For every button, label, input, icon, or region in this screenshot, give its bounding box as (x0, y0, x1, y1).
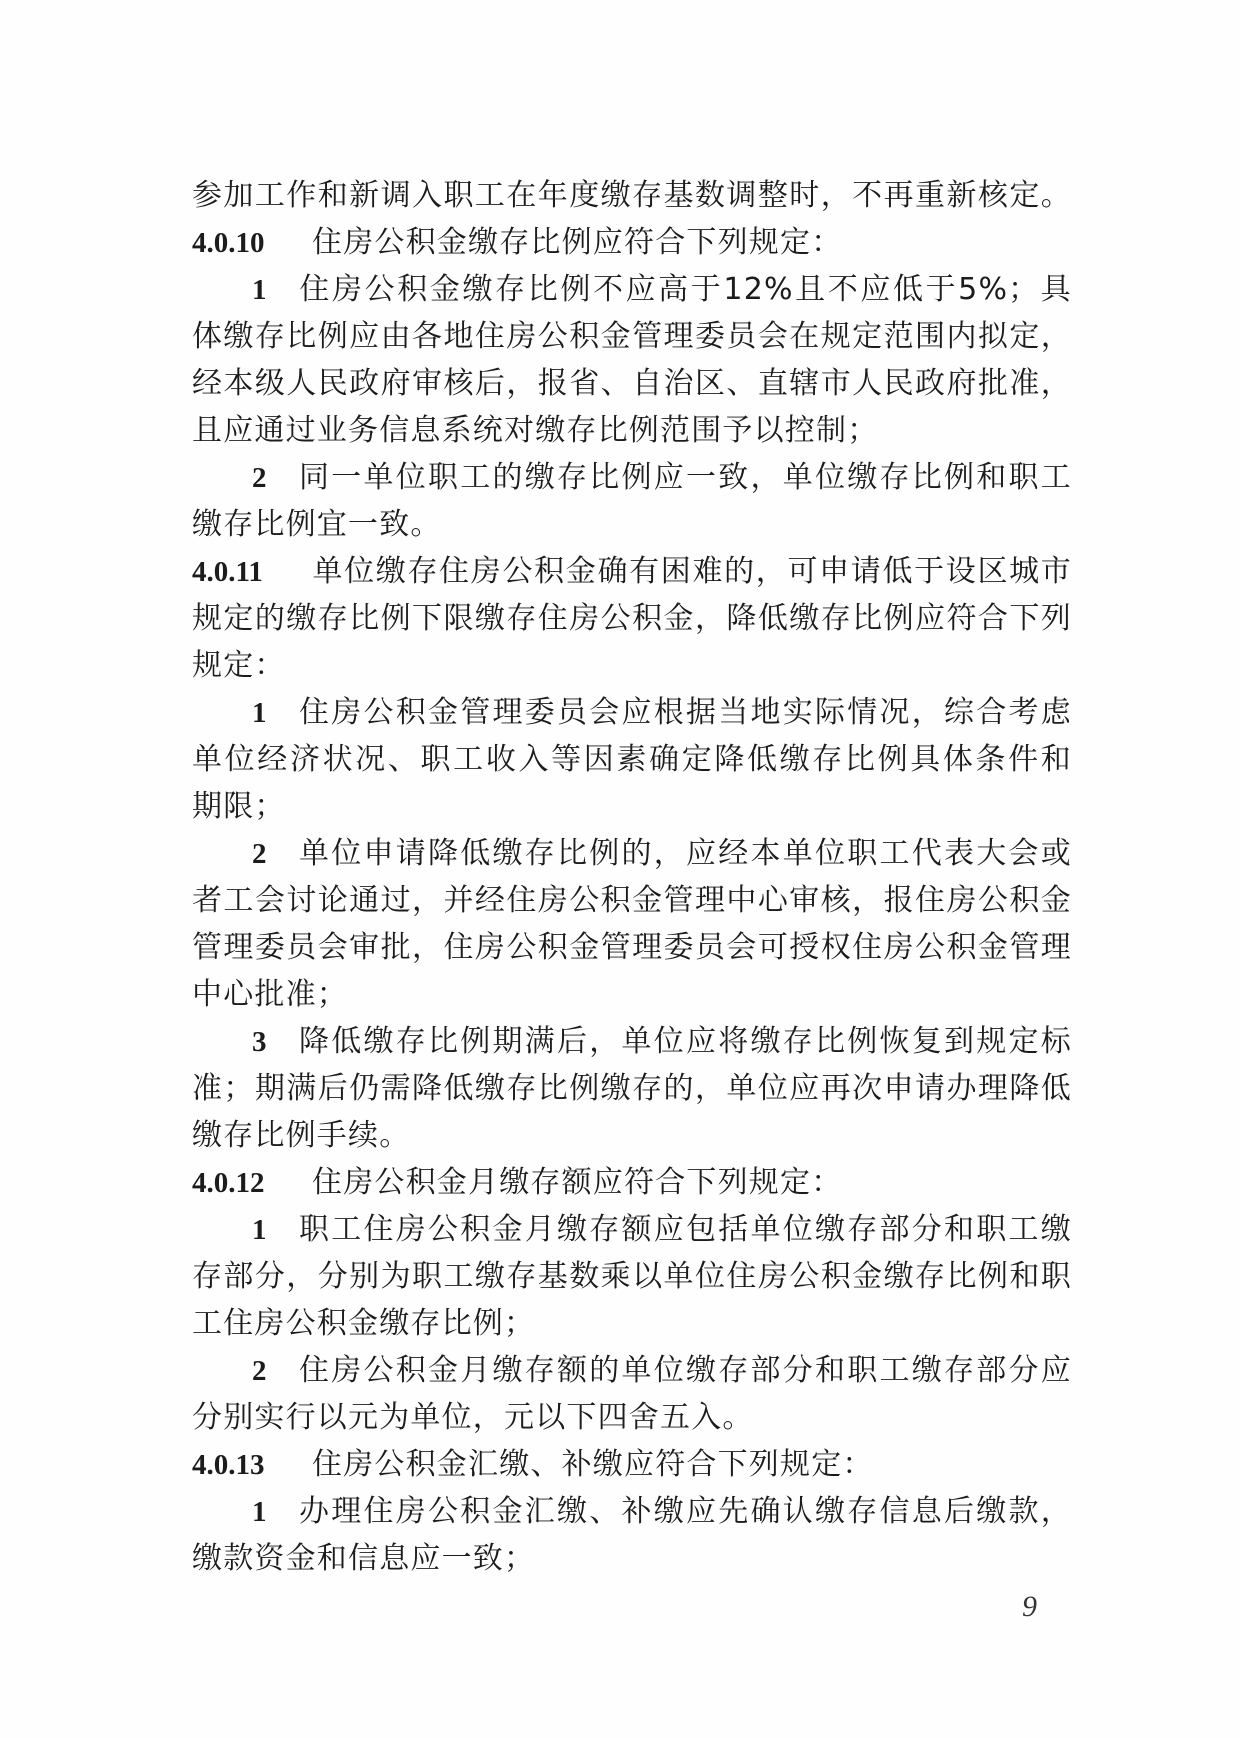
clause-text: 单位缴存住房公积金确有困难的，可申请低于设区城市 (312, 554, 1072, 589)
text-content: 管理委员会审批，住房公积金管理委员会可授权住房公积金管理 (192, 930, 1072, 965)
clause-number: 4.0.11 (192, 549, 312, 595)
text-content: 存部分，分别为职工缴存基数乘以单位住房公积金缴存比例和职 (192, 1259, 1072, 1294)
clause-text: 住房公积金缴存比例应符合下列规定： (312, 225, 842, 260)
text-content: 规定的缴存比例下限缴存住房公积金，降低缴存比例应符合下列 (192, 601, 1072, 636)
text-content: 缴存比例手续。 (192, 1118, 410, 1153)
body-text-line: 单位经济状况、职工收入等因素确定降低缴存比例具体条件和 (192, 737, 1072, 783)
body-text-line: 中心批准； (192, 972, 1072, 1018)
list-item: 1住房公积金管理委员会应根据当地实际情况，综合考虑 (252, 690, 1072, 736)
item-text: 降低缴存比例期满后，单位应将缴存比例恢复到规定标 (298, 1024, 1072, 1059)
list-item: 1职工住房公积金月缴存额应包括单位缴存部分和职工缴 (252, 1207, 1072, 1253)
body-text-line: 期限； (192, 784, 1072, 830)
item-text: 单位申请降低缴存比例的，应经本单位职工代表大会或 (298, 836, 1072, 871)
body-text-line: 参加工作和新调入职工在年度缴存基数调整时，不再重新核定。 (192, 173, 1072, 219)
body-text-line: 且应通过业务信息系统对缴存比例范围予以控制； (192, 408, 1072, 454)
body-text-line: 体缴存比例应由各地住房公积金管理委员会在规定范围内拟定， (192, 314, 1072, 360)
text-content: 准；期满后仍需降低缴存比例缴存的，单位应再次申请办理降低 (192, 1071, 1072, 1106)
clause-number: 4.0.13 (192, 1442, 312, 1488)
text-content: 参加工作和新调入职工在年度缴存基数调整时，不再重新核定。 (192, 178, 1072, 213)
list-item: 2住房公积金月缴存额的单位缴存部分和职工缴存部分应 (252, 1348, 1072, 1394)
text-content: 体缴存比例应由各地住房公积金管理委员会在规定范围内拟定， (192, 319, 1072, 354)
text-content: 期限； (192, 789, 286, 824)
clause-number: 4.0.10 (192, 220, 312, 266)
item-number: 2 (252, 1348, 298, 1394)
text-content: 者工会讨论通过，并经住房公积金管理中心审核，报住房公积金 (192, 883, 1072, 918)
list-item: 2同一单位职工的缴存比例应一致，单位缴存比例和职工 (252, 455, 1072, 501)
clause-heading: 4.0.13住房公积金汇缴、补缴应符合下列规定： (192, 1442, 1072, 1488)
item-number: 3 (252, 1019, 298, 1065)
document-page: 参加工作和新调入职工在年度缴存基数调整时，不再重新核定。 4.0.10住房公积金… (0, 0, 1240, 1738)
list-item: 3降低缴存比例期满后，单位应将缴存比例恢复到规定标 (252, 1019, 1072, 1065)
text-content: 缴存比例宜一致。 (192, 507, 442, 542)
text-content: 分别实行以元为单位，元以下四舍五入。 (192, 1400, 754, 1435)
text-content: 经本级人民政府审核后，报省、自治区、直辖市人民政府批准， (192, 366, 1072, 401)
clause-number: 4.0.12 (192, 1160, 312, 1206)
text-content: 缴款资金和信息应一致； (192, 1541, 535, 1576)
body-text-line: 缴存比例宜一致。 (192, 502, 1072, 548)
body-text-line: 管理委员会审批，住房公积金管理委员会可授权住房公积金管理 (192, 925, 1072, 971)
page-number: 9 (1022, 1590, 1037, 1624)
item-number: 2 (252, 455, 298, 501)
body-text-line: 规定： (192, 643, 1072, 689)
item-text: 住房公积金管理委员会应根据当地实际情况，综合考虑 (298, 695, 1072, 730)
item-text: 住房公积金月缴存额的单位缴存部分和职工缴存部分应 (298, 1353, 1072, 1388)
item-number: 1 (252, 1489, 298, 1535)
clause-heading: 4.0.10住房公积金缴存比例应符合下列规定： (192, 220, 1072, 266)
body-text-line: 缴存比例手续。 (192, 1113, 1072, 1159)
text-content: 单位经济状况、职工收入等因素确定降低缴存比例具体条件和 (192, 742, 1072, 777)
item-number: 1 (252, 1207, 298, 1253)
clause-text: 住房公积金汇缴、补缴应符合下列规定： (312, 1447, 874, 1482)
text-content: 工住房公积金缴存比例； (192, 1306, 535, 1341)
body-text-line: 工住房公积金缴存比例； (192, 1301, 1072, 1347)
clause-text: 住房公积金月缴存额应符合下列规定： (312, 1165, 842, 1200)
body-text-line: 规定的缴存比例下限缴存住房公积金，降低缴存比例应符合下列 (192, 596, 1072, 642)
text-content: 且应通过业务信息系统对缴存比例范围予以控制； (192, 413, 878, 448)
item-text: 办理住房公积金汇缴、补缴应先确认缴存信息后缴款， (298, 1494, 1072, 1529)
body-text-line: 经本级人民政府审核后，报省、自治区、直辖市人民政府批准， (192, 361, 1072, 407)
clause-heading: 4.0.11单位缴存住房公积金确有困难的，可申请低于设区城市 (192, 549, 1072, 595)
clause-heading: 4.0.12住房公积金月缴存额应符合下列规定： (192, 1160, 1072, 1206)
item-text: 同一单位职工的缴存比例应一致，单位缴存比例和职工 (298, 460, 1072, 495)
item-number: 1 (252, 267, 298, 313)
text-content: 中心批准； (192, 977, 348, 1012)
body-text-line: 存部分，分别为职工缴存基数乘以单位住房公积金缴存比例和职 (192, 1254, 1072, 1300)
body-text-line: 准；期满后仍需降低缴存比例缴存的，单位应再次申请办理降低 (192, 1066, 1072, 1112)
item-text: 职工住房公积金月缴存额应包括单位缴存部分和职工缴 (298, 1212, 1072, 1247)
list-item: 2单位申请降低缴存比例的，应经本单位职工代表大会或 (252, 831, 1072, 877)
body-text-line: 分别实行以元为单位，元以下四舍五入。 (192, 1395, 1072, 1441)
body-text-line: 缴款资金和信息应一致； (192, 1536, 1072, 1582)
item-number: 1 (252, 690, 298, 736)
list-item: 1办理住房公积金汇缴、补缴应先确认缴存信息后缴款， (252, 1489, 1072, 1535)
body-text-line: 者工会讨论通过，并经住房公积金管理中心审核，报住房公积金 (192, 878, 1072, 924)
item-text: 住房公积金缴存比例不应高于12%且不应低于5%；具 (298, 272, 1072, 307)
list-item: 1住房公积金缴存比例不应高于12%且不应低于5%；具 (252, 267, 1072, 313)
text-content: 规定： (192, 648, 286, 683)
item-number: 2 (252, 831, 298, 877)
